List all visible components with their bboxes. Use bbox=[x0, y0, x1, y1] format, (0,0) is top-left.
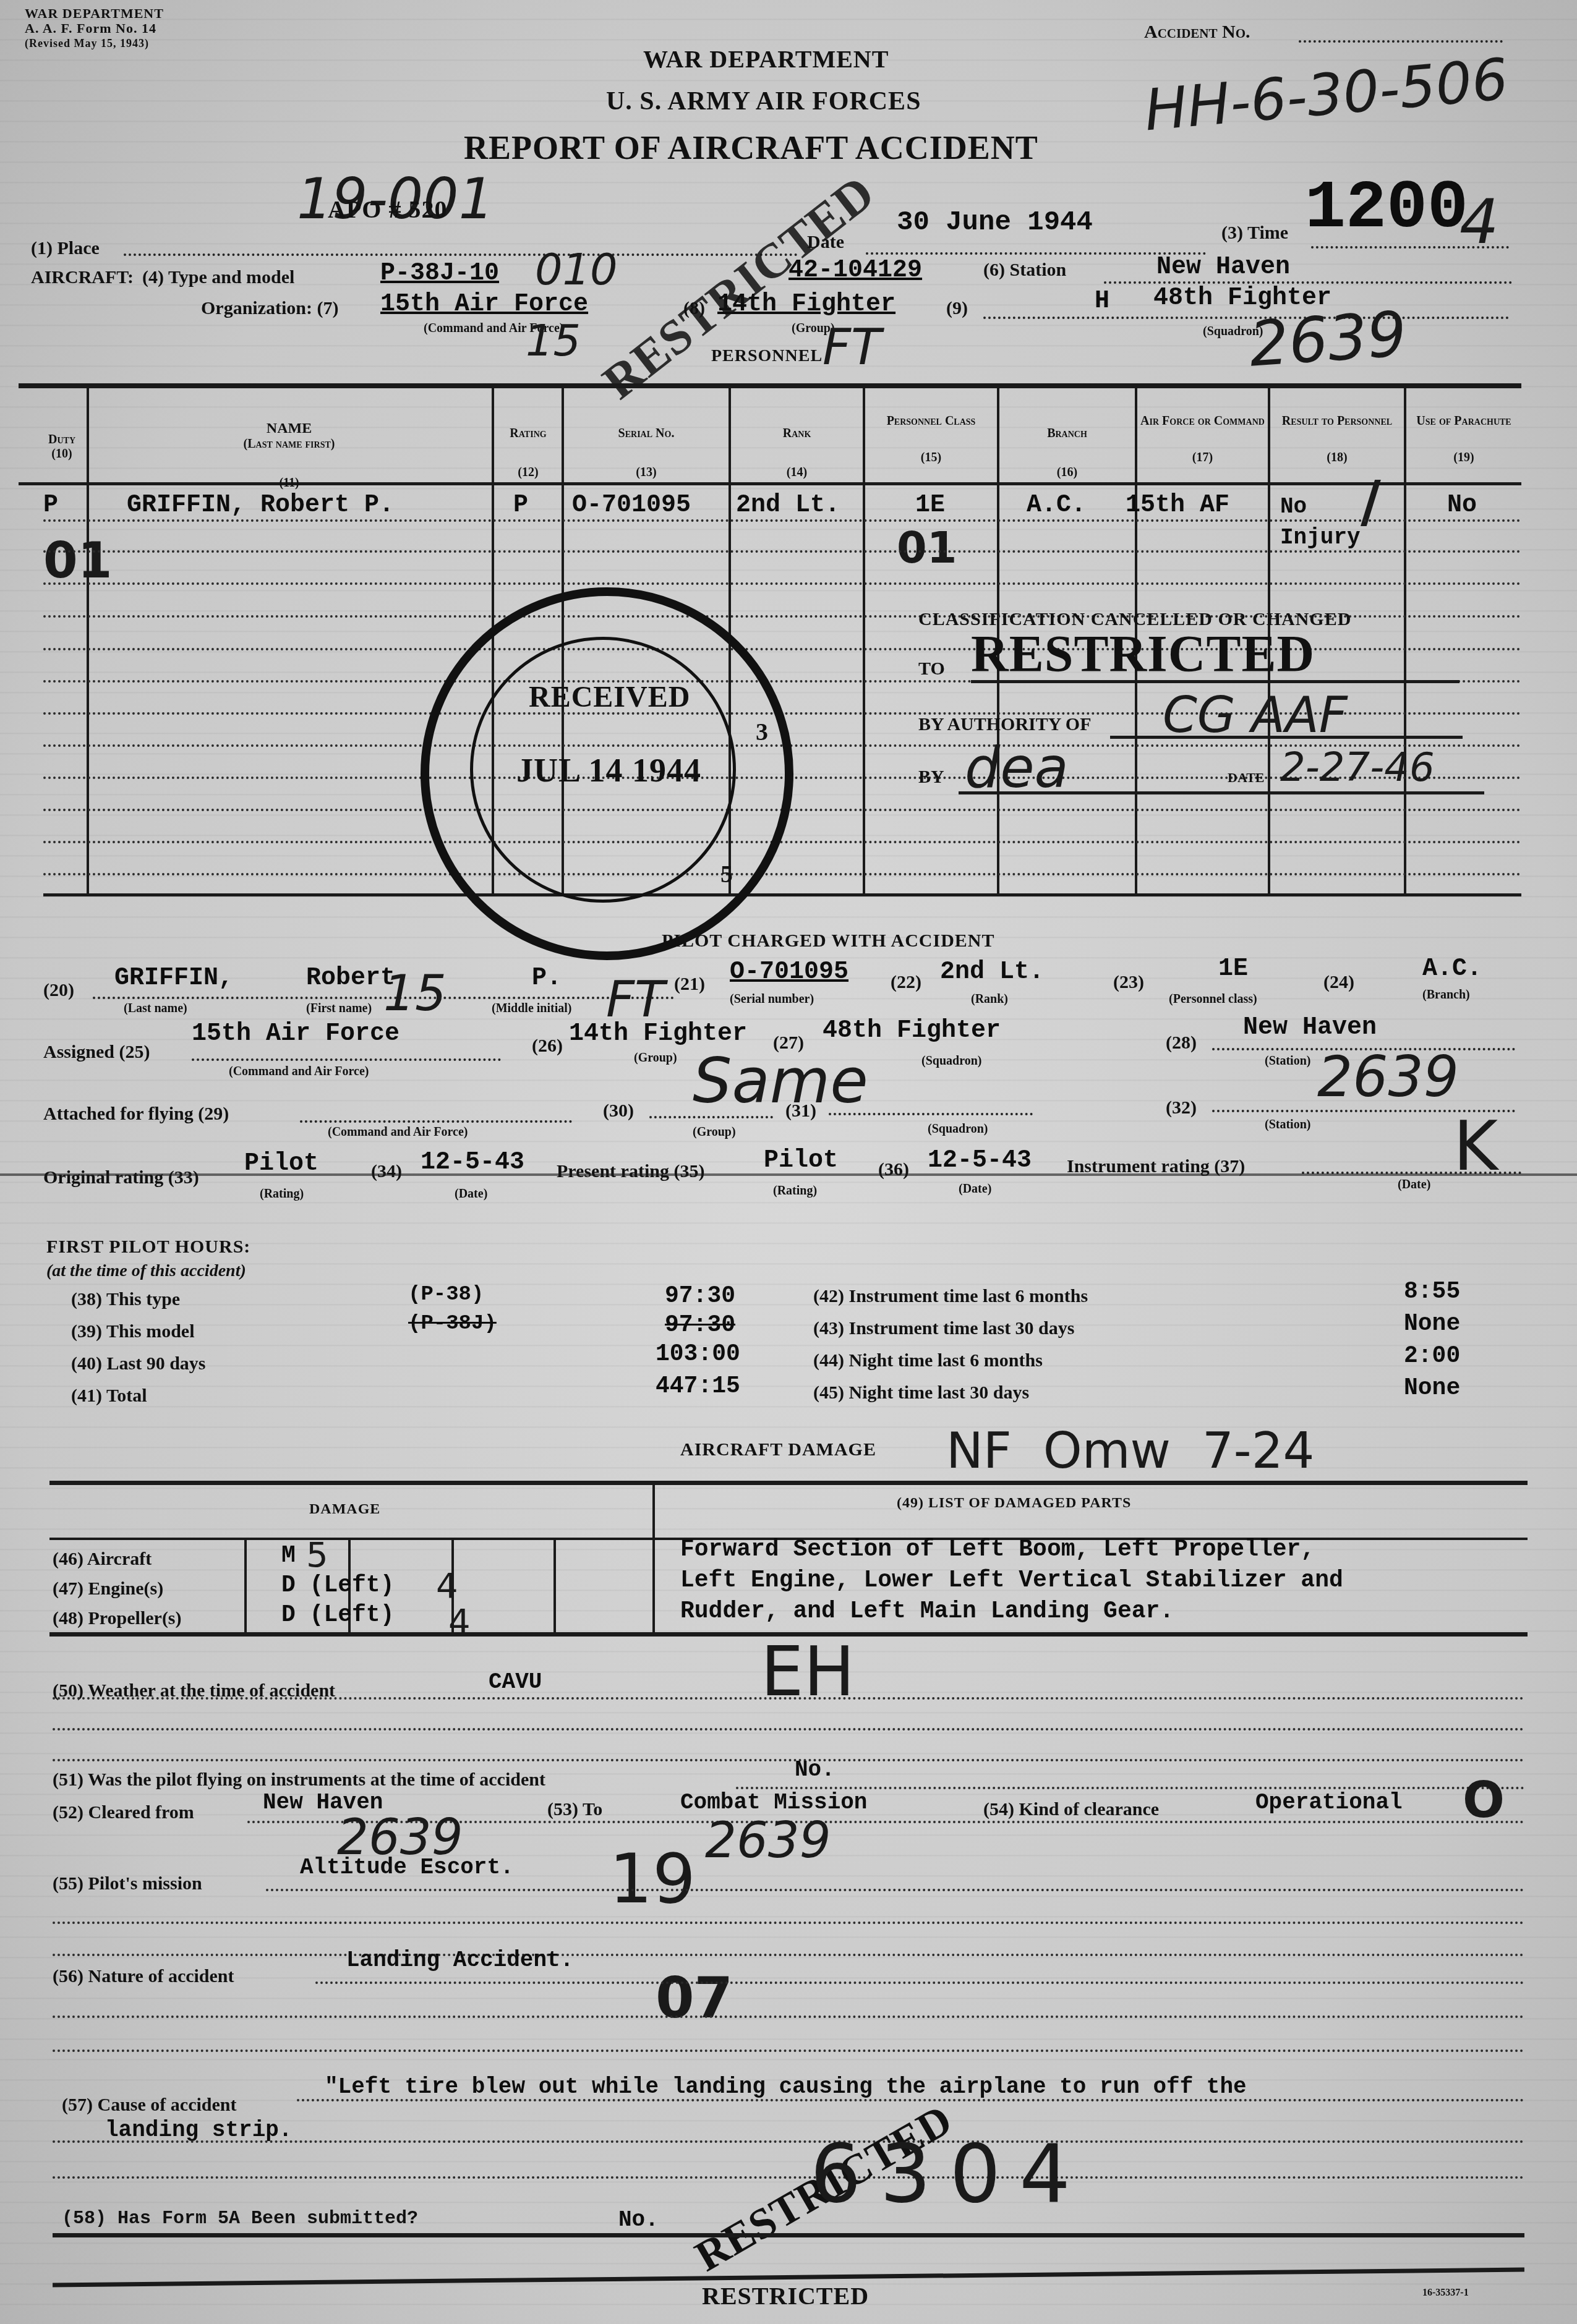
last-name-sub: (Last name) bbox=[124, 1002, 187, 1016]
accident-no-handwritten: HH-6-30-506 bbox=[1142, 46, 1510, 144]
cause-line2: landing strip. bbox=[105, 2118, 292, 2143]
title-army-air-forces: U. S. ARMY AIR FORCES bbox=[606, 87, 921, 116]
hours-value: 8:55 bbox=[1404, 1279, 1460, 1305]
hours-note: (P-38J) bbox=[408, 1312, 497, 1335]
row-line bbox=[43, 550, 1521, 553]
received-stamp-text: RECEIVED bbox=[529, 680, 690, 714]
station-line bbox=[1104, 281, 1512, 284]
classification-date-label: DATE bbox=[1228, 770, 1265, 786]
footer-print-code: 16-35337-1 bbox=[1422, 2288, 1469, 2299]
rank-label: (22) bbox=[891, 972, 921, 993]
class-sub: (Personnel class) bbox=[1169, 992, 1257, 1007]
clearance-label: (54) Kind of clearance bbox=[983, 1799, 1159, 1820]
title-war-department: WAR DEPARTMENT bbox=[643, 45, 889, 74]
hand-ft-top: FT bbox=[823, 318, 881, 376]
item20-label: (20) bbox=[43, 980, 74, 1001]
original-date-sub: (Date) bbox=[455, 1187, 487, 1201]
form5a-rule bbox=[53, 2233, 1524, 2237]
row-line bbox=[43, 582, 1521, 585]
instruments-value: No. bbox=[795, 1757, 835, 1782]
instruments-label: (51) Was the pilot flying on instruments… bbox=[53, 1769, 545, 1790]
classification-date-value: 2-27-46 bbox=[1280, 745, 1435, 791]
attached-line bbox=[300, 1120, 572, 1123]
hand-duty-code: 01 bbox=[43, 532, 112, 589]
hand-2639-attached: 2639 bbox=[1317, 1045, 1459, 1110]
attached-squadron-sub: (Squadron) bbox=[928, 1122, 988, 1136]
station-label: (6) Station bbox=[983, 260, 1066, 281]
received-stamp-date: JUL 14 1944 bbox=[516, 751, 701, 790]
hand-result-mark: / bbox=[1361, 470, 1381, 535]
form5a-label: (58) Has Form 5A Been submitted? bbox=[62, 2208, 418, 2229]
hours-value: 97:30 bbox=[665, 1283, 735, 1309]
time-handwritten: 4 bbox=[1459, 185, 1499, 258]
present-date-sub: (Date) bbox=[959, 1182, 991, 1196]
row-line bbox=[297, 2099, 1524, 2101]
time-label: (3) Time bbox=[1221, 223, 1288, 244]
parts-heading: (49) LIST OF DAMAGED PARTS bbox=[897, 1495, 1131, 1512]
classification-authority-label: BY AUTHORITY OF bbox=[918, 714, 1091, 735]
col-header-rating: Rating(12) bbox=[495, 427, 562, 480]
assigned-station-value: New Haven bbox=[1243, 1014, 1377, 1042]
cell-air-force: 15th AF bbox=[1126, 492, 1229, 519]
aircraft-damage-heading: AIRCRAFT DAMAGE bbox=[680, 1439, 876, 1460]
damage-item-label: (48) Propeller(s) bbox=[53, 1608, 182, 1628]
hand-6304: 6304 bbox=[810, 2127, 1089, 2221]
hours-value: None bbox=[1404, 1311, 1460, 1337]
row-line bbox=[53, 1697, 1524, 1700]
organization-value: 15th Air Force bbox=[380, 291, 588, 318]
present-date-value: 12-5-43 bbox=[928, 1147, 1032, 1175]
cause-line1: "Left tire blew out while landing causin… bbox=[325, 2074, 1247, 2100]
accident-no-label: Accident No. bbox=[1144, 22, 1250, 43]
to-label: (53) To bbox=[547, 1799, 602, 1820]
classification-to-value: RESTRICTED bbox=[971, 624, 1315, 684]
row-line bbox=[43, 841, 1521, 843]
first-name-sub: (First name) bbox=[306, 1002, 372, 1016]
instrument-rating-sub: (Date) bbox=[1398, 1178, 1430, 1192]
time-value: 1200 bbox=[1305, 170, 1468, 247]
classification-to-label: TO bbox=[918, 658, 945, 679]
pilot-class: 1E bbox=[1218, 955, 1248, 983]
pilot-branch: A.C. bbox=[1422, 955, 1482, 983]
classification-to-line bbox=[971, 680, 1459, 683]
cleared-from-label: (52) Cleared from bbox=[53, 1802, 194, 1823]
middle-sub: (Middle initial) bbox=[492, 1002, 571, 1016]
personnel-heading: PERSONNEL bbox=[711, 346, 823, 366]
damage-heading: DAMAGE bbox=[309, 1501, 380, 1518]
hand-class-code: 01 bbox=[897, 522, 957, 573]
attached-group-sub: (Group) bbox=[693, 1125, 736, 1139]
original-date-label: (34) bbox=[371, 1161, 402, 1182]
row-line bbox=[53, 2015, 1524, 2018]
hours-label: (38) This type bbox=[71, 1289, 180, 1309]
damage-item-hand: 4 bbox=[436, 1566, 458, 1606]
attached-station-sub: (Station) bbox=[1265, 1118, 1310, 1132]
form-number: A. A. F. Form No. 14 bbox=[25, 21, 164, 36]
mission-handwritten: 19 bbox=[609, 1839, 696, 1918]
hours-label: (44) Night time last 6 months bbox=[813, 1350, 1043, 1371]
hours-label: (43) Instrument time last 30 days bbox=[813, 1318, 1074, 1339]
present-date-label: (36) bbox=[878, 1159, 909, 1180]
damaged-parts-list: Forward Section of Left Boom, Left Prope… bbox=[680, 1536, 1528, 1629]
form-revised: (Revised May 15, 1943) bbox=[25, 36, 164, 51]
cell-duty: P bbox=[43, 492, 58, 519]
received-stamp-5: 5 bbox=[720, 859, 733, 888]
hand-2639-top: 2639 bbox=[1247, 297, 1409, 380]
assigned-group-label: (26) bbox=[532, 1036, 563, 1057]
row-line bbox=[53, 2140, 1524, 2143]
aircraft-label: AIRCRAFT: bbox=[31, 267, 134, 288]
hours-row: (45) Night time last 30 days None bbox=[813, 1382, 1524, 1415]
table-bottom-rule bbox=[43, 893, 1521, 896]
original-rating-label: Original rating (33) bbox=[43, 1167, 199, 1188]
col-header-class: Personnel Class(15) bbox=[865, 414, 997, 465]
hand-same: Same bbox=[693, 1045, 868, 1117]
damage-item-value: D (Left) bbox=[281, 1602, 394, 1628]
assigned-squadron-sub: (Squadron) bbox=[921, 1054, 981, 1068]
pilot-hours-right: (42) Instrument time last 6 months 8:55 … bbox=[813, 1286, 1524, 1415]
classification-by-line bbox=[959, 791, 1484, 794]
row-line bbox=[53, 1922, 1524, 1924]
pilot-hours-left: (38) This type (P-38) 97:30 (39) This mo… bbox=[71, 1289, 764, 1418]
assigned-group-sub: (Group) bbox=[634, 1051, 677, 1065]
cell-rank: 2nd Lt. bbox=[736, 492, 840, 519]
original-rating-sub: (Rating) bbox=[260, 1187, 304, 1201]
pilot-last-name: GRIFFIN, bbox=[114, 964, 233, 992]
col-header-rank: Rank(14) bbox=[731, 427, 863, 480]
damage-item-value: M bbox=[281, 1543, 296, 1569]
assigned-station-label: (28) bbox=[1166, 1032, 1197, 1053]
col-header-serial: Serial No.(13) bbox=[564, 427, 729, 480]
pilot-rank: 2nd Lt. bbox=[940, 958, 1044, 986]
row-line bbox=[53, 2176, 1524, 2179]
form-department: WAR DEPARTMENT bbox=[25, 6, 164, 21]
classification-by-label: BY bbox=[918, 767, 944, 788]
class-label: (23) bbox=[1113, 972, 1144, 993]
row-line bbox=[53, 1728, 1524, 1730]
row-line bbox=[266, 1889, 1524, 1891]
hours-value: 447:15 bbox=[656, 1373, 740, 1400]
attached-sub: (Command and Air Force) bbox=[328, 1125, 468, 1139]
cell-name: GRIFFIN, Robert P. bbox=[127, 492, 394, 519]
hours-label: (39) This model bbox=[71, 1321, 194, 1342]
cause-label: (57) Cause of accident bbox=[62, 2095, 236, 2116]
damage-item-hand: 5 bbox=[306, 1535, 328, 1575]
form-id-block: WAR DEPARTMENT A. A. F. Form No. 14 (Rev… bbox=[25, 6, 164, 51]
damaged-part-line: Forward Section of Left Boom, Left Prope… bbox=[680, 1536, 1528, 1567]
nature-value: Landing Accident. bbox=[346, 1947, 573, 1973]
row-line bbox=[43, 873, 1521, 875]
accident-report-page: WAR DEPARTMENT A. A. F. Form No. 14 (Rev… bbox=[0, 0, 1577, 2324]
present-rating-sub: (Rating) bbox=[773, 1184, 817, 1198]
damage-items: (46) Aircraft M 5 (47) Engine(s) D (Left… bbox=[53, 1549, 640, 1638]
hand-15-top: 15 bbox=[526, 315, 581, 366]
date-value: 30 June 1944 bbox=[897, 207, 1093, 238]
place-label: (1) Place bbox=[31, 238, 100, 259]
damage-divider bbox=[652, 1481, 655, 1632]
hours-note: (P-38) bbox=[408, 1283, 484, 1306]
pilot-middle-initial: P. bbox=[532, 964, 562, 992]
squadron-label: (9) bbox=[946, 298, 968, 319]
hours-value: None bbox=[1404, 1375, 1460, 1402]
pilot-first-name: Robert bbox=[306, 964, 395, 992]
assigned-label: Assigned (25) bbox=[43, 1042, 150, 1063]
organization-label: Organization: (7) bbox=[201, 298, 338, 319]
classification-authority-line bbox=[1110, 736, 1463, 739]
hours-value: 103:00 bbox=[656, 1341, 740, 1368]
ratings-rule bbox=[0, 1173, 1577, 1176]
nature-handwritten: 07 bbox=[656, 1966, 733, 2031]
accident-no-line bbox=[1299, 40, 1503, 43]
pilot-hours-subheading: (at the time of this accident) bbox=[46, 1261, 246, 1281]
date-line bbox=[866, 252, 1206, 255]
cell-serial: O-701095 bbox=[572, 492, 691, 519]
hours-label: (42) Instrument time last 6 months bbox=[813, 1286, 1088, 1306]
assigned-line bbox=[192, 1058, 501, 1061]
title-report: REPORT OF AIRCRAFT ACCIDENT bbox=[464, 129, 1038, 167]
place-value: APO # 520 bbox=[328, 195, 447, 224]
row-line bbox=[53, 1759, 1524, 1761]
hand-15-assigned: 15 bbox=[383, 964, 447, 1022]
damage-item-label: (47) Engine(s) bbox=[53, 1578, 163, 1599]
place-line bbox=[124, 253, 798, 256]
branch-label: (24) bbox=[1323, 972, 1354, 993]
serial-sub: (Serial number) bbox=[730, 992, 814, 1007]
table-top-rule bbox=[19, 383, 1521, 388]
squadron-line bbox=[983, 317, 1509, 319]
mission-label: (55) Pilot's mission bbox=[53, 1873, 202, 1894]
damage-top-rule bbox=[49, 1481, 1528, 1485]
squadron-prefix: H bbox=[1095, 287, 1109, 315]
hours-row: (41) Total 447:15 bbox=[71, 1385, 764, 1418]
form5a-value: No. bbox=[618, 2207, 659, 2232]
assigned-station-sub: (Station) bbox=[1265, 1054, 1310, 1068]
hours-label: (45) Night time last 30 days bbox=[813, 1382, 1029, 1403]
col-header-duty: Duty(10) bbox=[37, 433, 87, 461]
mission-value: Altitude Escort. bbox=[300, 1855, 514, 1880]
present-rating-label: Present rating (35) bbox=[557, 1161, 704, 1182]
cell-branch: A.C. bbox=[1027, 492, 1086, 519]
damage-item-label: (46) Aircraft bbox=[53, 1549, 152, 1569]
cell-parachute: No bbox=[1447, 492, 1477, 519]
pilot-charged-heading: PILOT CHARGED WITH ACCIDENT bbox=[662, 930, 995, 951]
row-line bbox=[53, 2049, 1524, 2052]
rank-sub: (Rank) bbox=[971, 992, 1008, 1007]
col-header-air-force: Air Force or Command(17) bbox=[1137, 414, 1268, 465]
hand-2639-to: 2639 bbox=[705, 1811, 831, 1869]
clearance-value: Operational bbox=[1255, 1790, 1403, 1815]
hours-value: 2:00 bbox=[1404, 1343, 1460, 1369]
cell-class: 1E bbox=[915, 492, 945, 519]
attached-label: Attached for flying (29) bbox=[43, 1104, 229, 1125]
assigned-value: 15th Air Force bbox=[192, 1020, 400, 1048]
hand-ft-assigned: FT bbox=[606, 971, 665, 1028]
type-model-value: P-38J-10 bbox=[380, 260, 499, 287]
assigned-sub: (Command and Air Force) bbox=[229, 1065, 369, 1079]
cell-rating: P bbox=[513, 492, 528, 519]
col-header-branch: Branch(16) bbox=[999, 427, 1135, 480]
type-model-handwritten: 010 bbox=[535, 244, 618, 295]
aircraft-damage-handwritten: NF Omw 7-24 bbox=[946, 1422, 1314, 1479]
hours-value: 97:30 bbox=[665, 1312, 735, 1339]
branch-sub: (Branch) bbox=[1422, 988, 1470, 1002]
col-header-result: Result to Personnel(18) bbox=[1270, 414, 1404, 465]
attached-station-label: (32) bbox=[1166, 1097, 1197, 1118]
row-line bbox=[53, 1954, 1524, 1956]
weather-value: CAVU bbox=[489, 1669, 542, 1695]
damaged-part-line: Rudder, and Left Main Landing Gear. bbox=[680, 1598, 1528, 1629]
pilot-serial: O-701095 bbox=[730, 958, 848, 986]
serial-label: (21) bbox=[674, 974, 705, 995]
pilot-hours-heading: FIRST PILOT HOURS: bbox=[46, 1236, 250, 1258]
row-line bbox=[736, 1787, 1524, 1789]
original-date-value: 12-5-43 bbox=[421, 1149, 524, 1177]
row-line bbox=[315, 1981, 1524, 1984]
col-header-name: NAME(Last name first)(11) bbox=[87, 420, 492, 490]
received-stamp-3: 3 bbox=[756, 717, 769, 746]
assigned-squadron-value: 48th Fighter bbox=[823, 1017, 1001, 1045]
footer-classification: RESTRICTED bbox=[702, 2281, 869, 2310]
type-model-label: (4) Type and model bbox=[142, 267, 294, 288]
damage-item-value: D (Left) bbox=[281, 1572, 394, 1599]
damaged-part-line: Left Engine, Lower Left Vertical Stabili… bbox=[680, 1567, 1528, 1598]
hours-label: (41) Total bbox=[71, 1385, 147, 1406]
hours-label: (40) Last 90 days bbox=[71, 1353, 206, 1374]
nature-label: (56) Nature of accident bbox=[53, 1966, 234, 1987]
attached-group-label: (30) bbox=[603, 1100, 634, 1122]
col-header-parachute: Use of Parachute(19) bbox=[1406, 414, 1521, 465]
present-rating-value: Pilot bbox=[764, 1147, 838, 1175]
row-line bbox=[43, 519, 1521, 522]
station-value: New Haven bbox=[1156, 253, 1290, 281]
